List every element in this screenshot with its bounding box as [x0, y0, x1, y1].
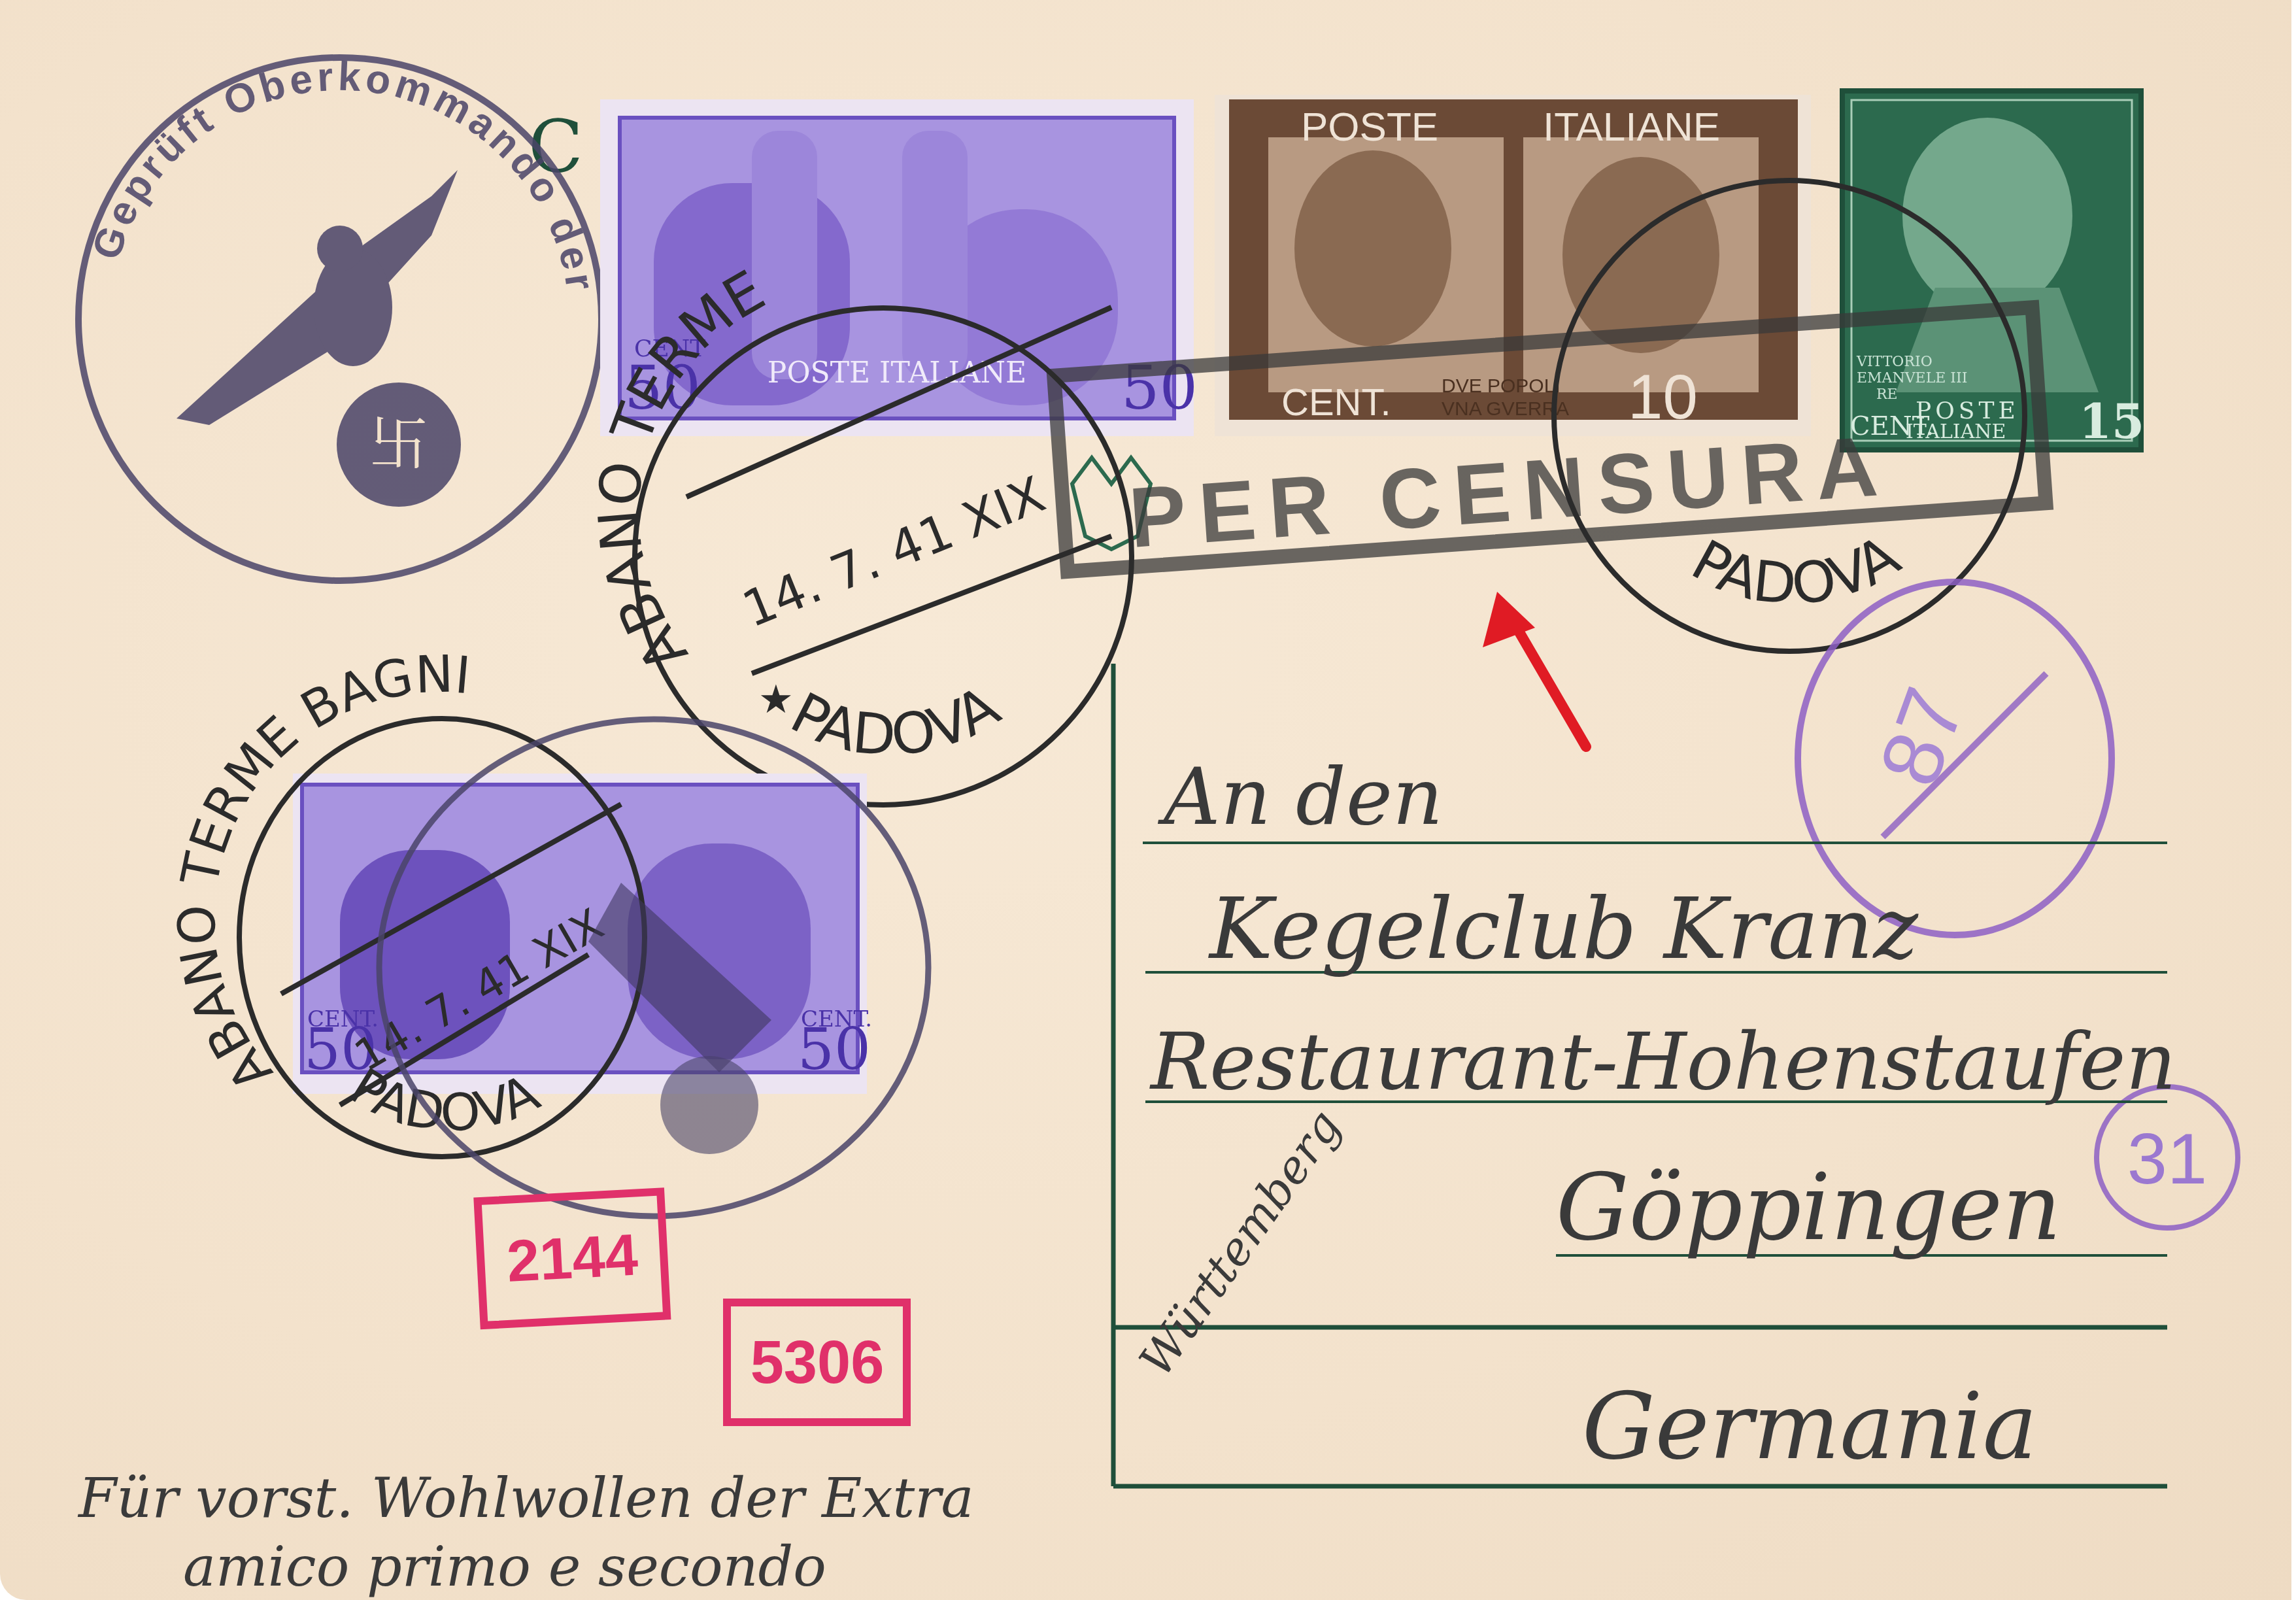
indicia-inscription-3: RE [1876, 386, 1898, 403]
red-censor-box-2144: 2144 [478, 1192, 667, 1325]
stamp-denomination-right: 50 [798, 1015, 871, 1083]
censor-number-small: 31 [2127, 1119, 2207, 1199]
stamp-header-right: ITALIANE [1543, 105, 1720, 150]
sender-note: Für vorst. Wohlwollen der Extra amico pr… [77, 1466, 974, 1599]
svg-text:Geprüft Oberkommando der Wehrm: Geprüft Oberkommando der Wehrmacht [0, 0, 605, 311]
stamp-motto-2: VNA GVERRA [1442, 398, 1569, 420]
address-country: Germania [1582, 1374, 2037, 1480]
stamp-motto-1: DVE POPOLI [1442, 375, 1561, 397]
brown-10-cent-stamp: POSTE ITALIANE CENT. DVE POPOLI VNA GVER… [1215, 95, 1811, 436]
recipient-address: An den Kegelclub Kranz Restaurant-Hohens… [1129, 752, 2176, 1480]
sender-note-line-2: amico primo e secondo [183, 1535, 826, 1599]
indicia-header-bottom: ITALIANE [1906, 420, 2006, 443]
seal-text: Geprüft Oberkommando der Wehrmacht [0, 0, 605, 311]
postcard-canvas: C Geprüft Oberkommando der Wehrmacht 卐 C… [0, 0, 2296, 1600]
green-15-cent-indicia: VITTORIO EMANVELE III RE CENT. POSTE ITA… [1842, 91, 2144, 450]
postcard: C Geprüft Oberkommando der Wehrmacht 卐 C… [0, 0, 2291, 1600]
address-city: Göppingen [1556, 1155, 2061, 1261]
censor-box-number: 5306 [751, 1329, 885, 1396]
star-icon: ★ [758, 677, 794, 723]
swastika-icon: 卐 [369, 412, 428, 477]
postmark-province: PADOVA [781, 673, 1010, 769]
stamp-header-left: POSTE [1301, 105, 1438, 150]
indicia-denomination: 15 [2079, 394, 2144, 449]
red-censor-box-5306: 5306 [727, 1302, 907, 1422]
address-region: Württemberg [1129, 1100, 1351, 1386]
censor-box-number: 2144 [505, 1223, 639, 1295]
address-line-2: Kegelclub Kranz [1208, 879, 1919, 978]
postmark-date: 14. 7. 41 XIX [734, 465, 1053, 639]
stamp-denomination: 10 [1628, 362, 1698, 432]
svg-text:PADOVA: PADOVA [781, 673, 1010, 769]
wehrmacht-censor-seal: Geprüft Oberkommando der Wehrmacht 卐 [0, 0, 605, 581]
indicia-inscription-1: VITTORIO [1856, 354, 1933, 370]
red-arrow-icon [1483, 592, 1586, 747]
address-line-1: An den [1157, 752, 1443, 843]
purple-censor-circle-small: 31 [2097, 1087, 2238, 1228]
address-line-3: Restaurant-Hohenstaufen [1149, 1017, 2176, 1108]
indicia-inscription-2: EMANVELE III [1857, 370, 1967, 386]
sender-note-line-1: Für vorst. Wohlwollen der Extra [77, 1466, 974, 1530]
censor-number: 87 [1861, 676, 1983, 798]
stamp-unit: CENT. [1281, 381, 1391, 424]
